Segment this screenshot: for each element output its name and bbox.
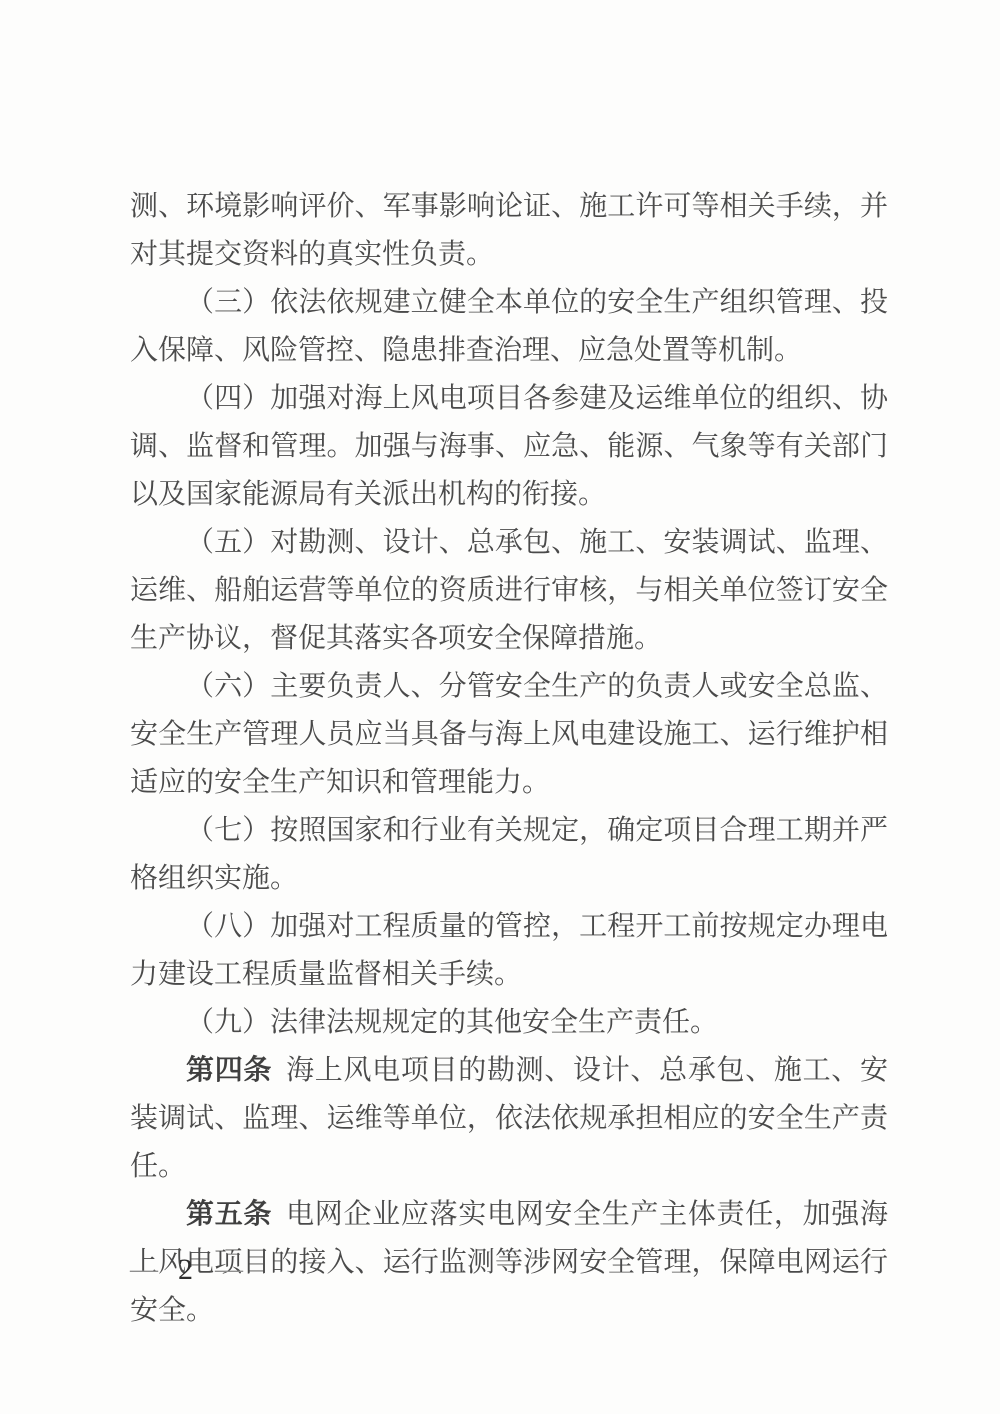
paragraph-text: （八）加强对工程质量的管控，工程开工前按规定办理电力建设工程质量监督相关手续。 [130,911,888,990]
paragraph-article-4: 第四条海上风电项目的勘测、设计、总承包、施工、安装调试、监理、运维等单位，依法依… [130,1047,888,1191]
footer-dash-left: — [130,1254,156,1286]
paragraph-continuation: 测、环境影响评价、军事影响论证、施工许可等相关手续，并对其提交资料的真实性负责。 [130,183,888,279]
article-number: 第五条 [186,1199,272,1230]
paragraph-text: （七）按照国家和行业有关规定，确定项目合理工期并严格组织实施。 [130,815,888,894]
document-text: 测、环境影响评价、军事影响论证、施工许可等相关手续，并对其提交资料的真实性负责。… [130,183,888,1335]
paragraph-text: （四）加强对海上风电项目各参建及运维单位的组织、协调、监督和管理。加强与海事、应… [130,383,888,510]
paragraph-item-5: （五）对勘测、设计、总承包、施工、安装调试、监理、运维、船舶运营等单位的资质进行… [130,519,888,663]
paragraph-item-8: （八）加强对工程质量的管控，工程开工前按规定办理电力建设工程质量监督相关手续。 [130,903,888,999]
paragraph-text: 测、环境影响评价、军事影响论证、施工许可等相关手续，并对其提交资料的真实性负责。 [130,191,888,270]
paragraph-text: （九）法律法规规定的其他安全生产责任。 [186,1007,718,1038]
paragraph-item-9: （九）法律法规规定的其他安全生产责任。 [130,999,888,1047]
paragraph-text: （六）主要负责人、分管安全生产的负责人或安全总监、安全生产管理人员应当具备与海上… [130,671,888,798]
paragraph-text: （五）对勘测、设计、总承包、施工、安装调试、监理、运维、船舶运营等单位的资质进行… [130,527,888,654]
paragraph-item-4: （四）加强对海上风电项目各参建及运维单位的组织、协调、监督和管理。加强与海事、应… [130,375,888,519]
paragraph-text: （三）依法依规建立健全本单位的安全生产组织管理、投入保障、风险管控、隐患排查治理… [130,287,888,366]
paragraph-item-3: （三）依法依规建立健全本单位的安全生产组织管理、投入保障、风险管控、隐患排查治理… [130,279,888,375]
document-page: 测、环境影响评价、军事影响论证、施工许可等相关手续，并对其提交资料的真实性负责。… [0,0,1000,1414]
paragraph-article-5: 第五条电网企业应落实电网安全生产主体责任，加强海上风电项目的接入、运行监测等涉网… [130,1191,888,1335]
page-number: 2 [178,1253,193,1287]
footer-dash-right: — [215,1254,241,1286]
page-footer: — 2 — [130,1253,241,1287]
paragraph-item-6: （六）主要负责人、分管安全生产的负责人或安全总监、安全生产管理人员应当具备与海上… [130,663,888,807]
paragraph-item-7: （七）按照国家和行业有关规定，确定项目合理工期并严格组织实施。 [130,807,888,903]
article-number: 第四条 [186,1055,272,1086]
